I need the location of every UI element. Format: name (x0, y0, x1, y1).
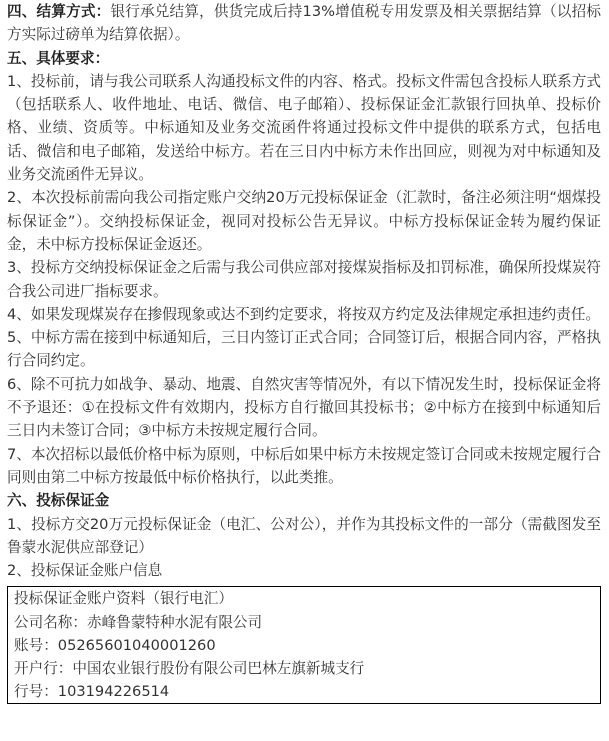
requirement-item-3: 3、投标方交纳投标保证金之后需与我公司供应部对接煤炭指标及扣罚标准，确保所投煤炭… (7, 256, 601, 303)
document-body: 四、结算方式：银行承兑结算，供货完成后持13%增值税专用发票及相关票据结算（以招… (0, 0, 609, 704)
requirement-item-5: 5、中标方需在接到中标通知后，三日内签订正式合同；合同签订后，根据合同内容，严格… (7, 326, 601, 373)
bank-code: 行号：103194226514 (14, 680, 594, 703)
requirements-heading: 五、具体要求： (7, 47, 601, 70)
settlement-heading: 四、结算方式： (7, 3, 110, 20)
account-number: 账号：05265601040001260 (14, 634, 594, 657)
requirement-item-1: 1、投标前，请与我公司联系人沟通投标文件的内容、格式。投标文件需包含投标人联系方… (7, 70, 601, 186)
settlement-paragraph: 四、结算方式：银行承兑结算，供货完成后持13%增值税专用发票及相关票据结算（以招… (7, 0, 601, 47)
requirement-item-2: 2、本次投标前需向我公司指定账户交纳20万元投标保证金（汇款时，备注必须注明“烟… (7, 186, 601, 256)
company-name: 公司名称：赤峰鲁蒙特种水泥有限公司 (14, 611, 594, 634)
requirement-item-7: 7、本次招标以最低价格中标为原则，中标后如果中标方未按规定签订合同或未按规定履行… (7, 443, 601, 490)
deposit-item-1: 1、投标方交20万元投标保证金（电汇、公对公），并作为其投标文件的一部分（需截图… (7, 513, 601, 560)
account-info-box: 投标保证金账户资料（银行电汇） 公司名称：赤峰鲁蒙特种水泥有限公司 账号：052… (7, 586, 601, 704)
deposit-heading: 六、投标保证金 (7, 489, 601, 512)
account-box-title: 投标保证金账户资料（银行电汇） (14, 587, 594, 610)
bank-name: 开户行：中国农业银行股份有限公司巴林左旗新城支行 (14, 657, 594, 680)
requirement-item-6: 6、除不可抗力如战争、暴动、地震、自然灾害等情况外，有以下情况发生时，投标保证金… (7, 373, 601, 443)
requirement-item-4: 4、如果发现煤炭存在掺假现象或达不到约定要求，将按双方约定及法律规定承担违约责任… (7, 303, 601, 326)
deposit-item-2: 2、投标保证金账户信息 (7, 559, 601, 582)
